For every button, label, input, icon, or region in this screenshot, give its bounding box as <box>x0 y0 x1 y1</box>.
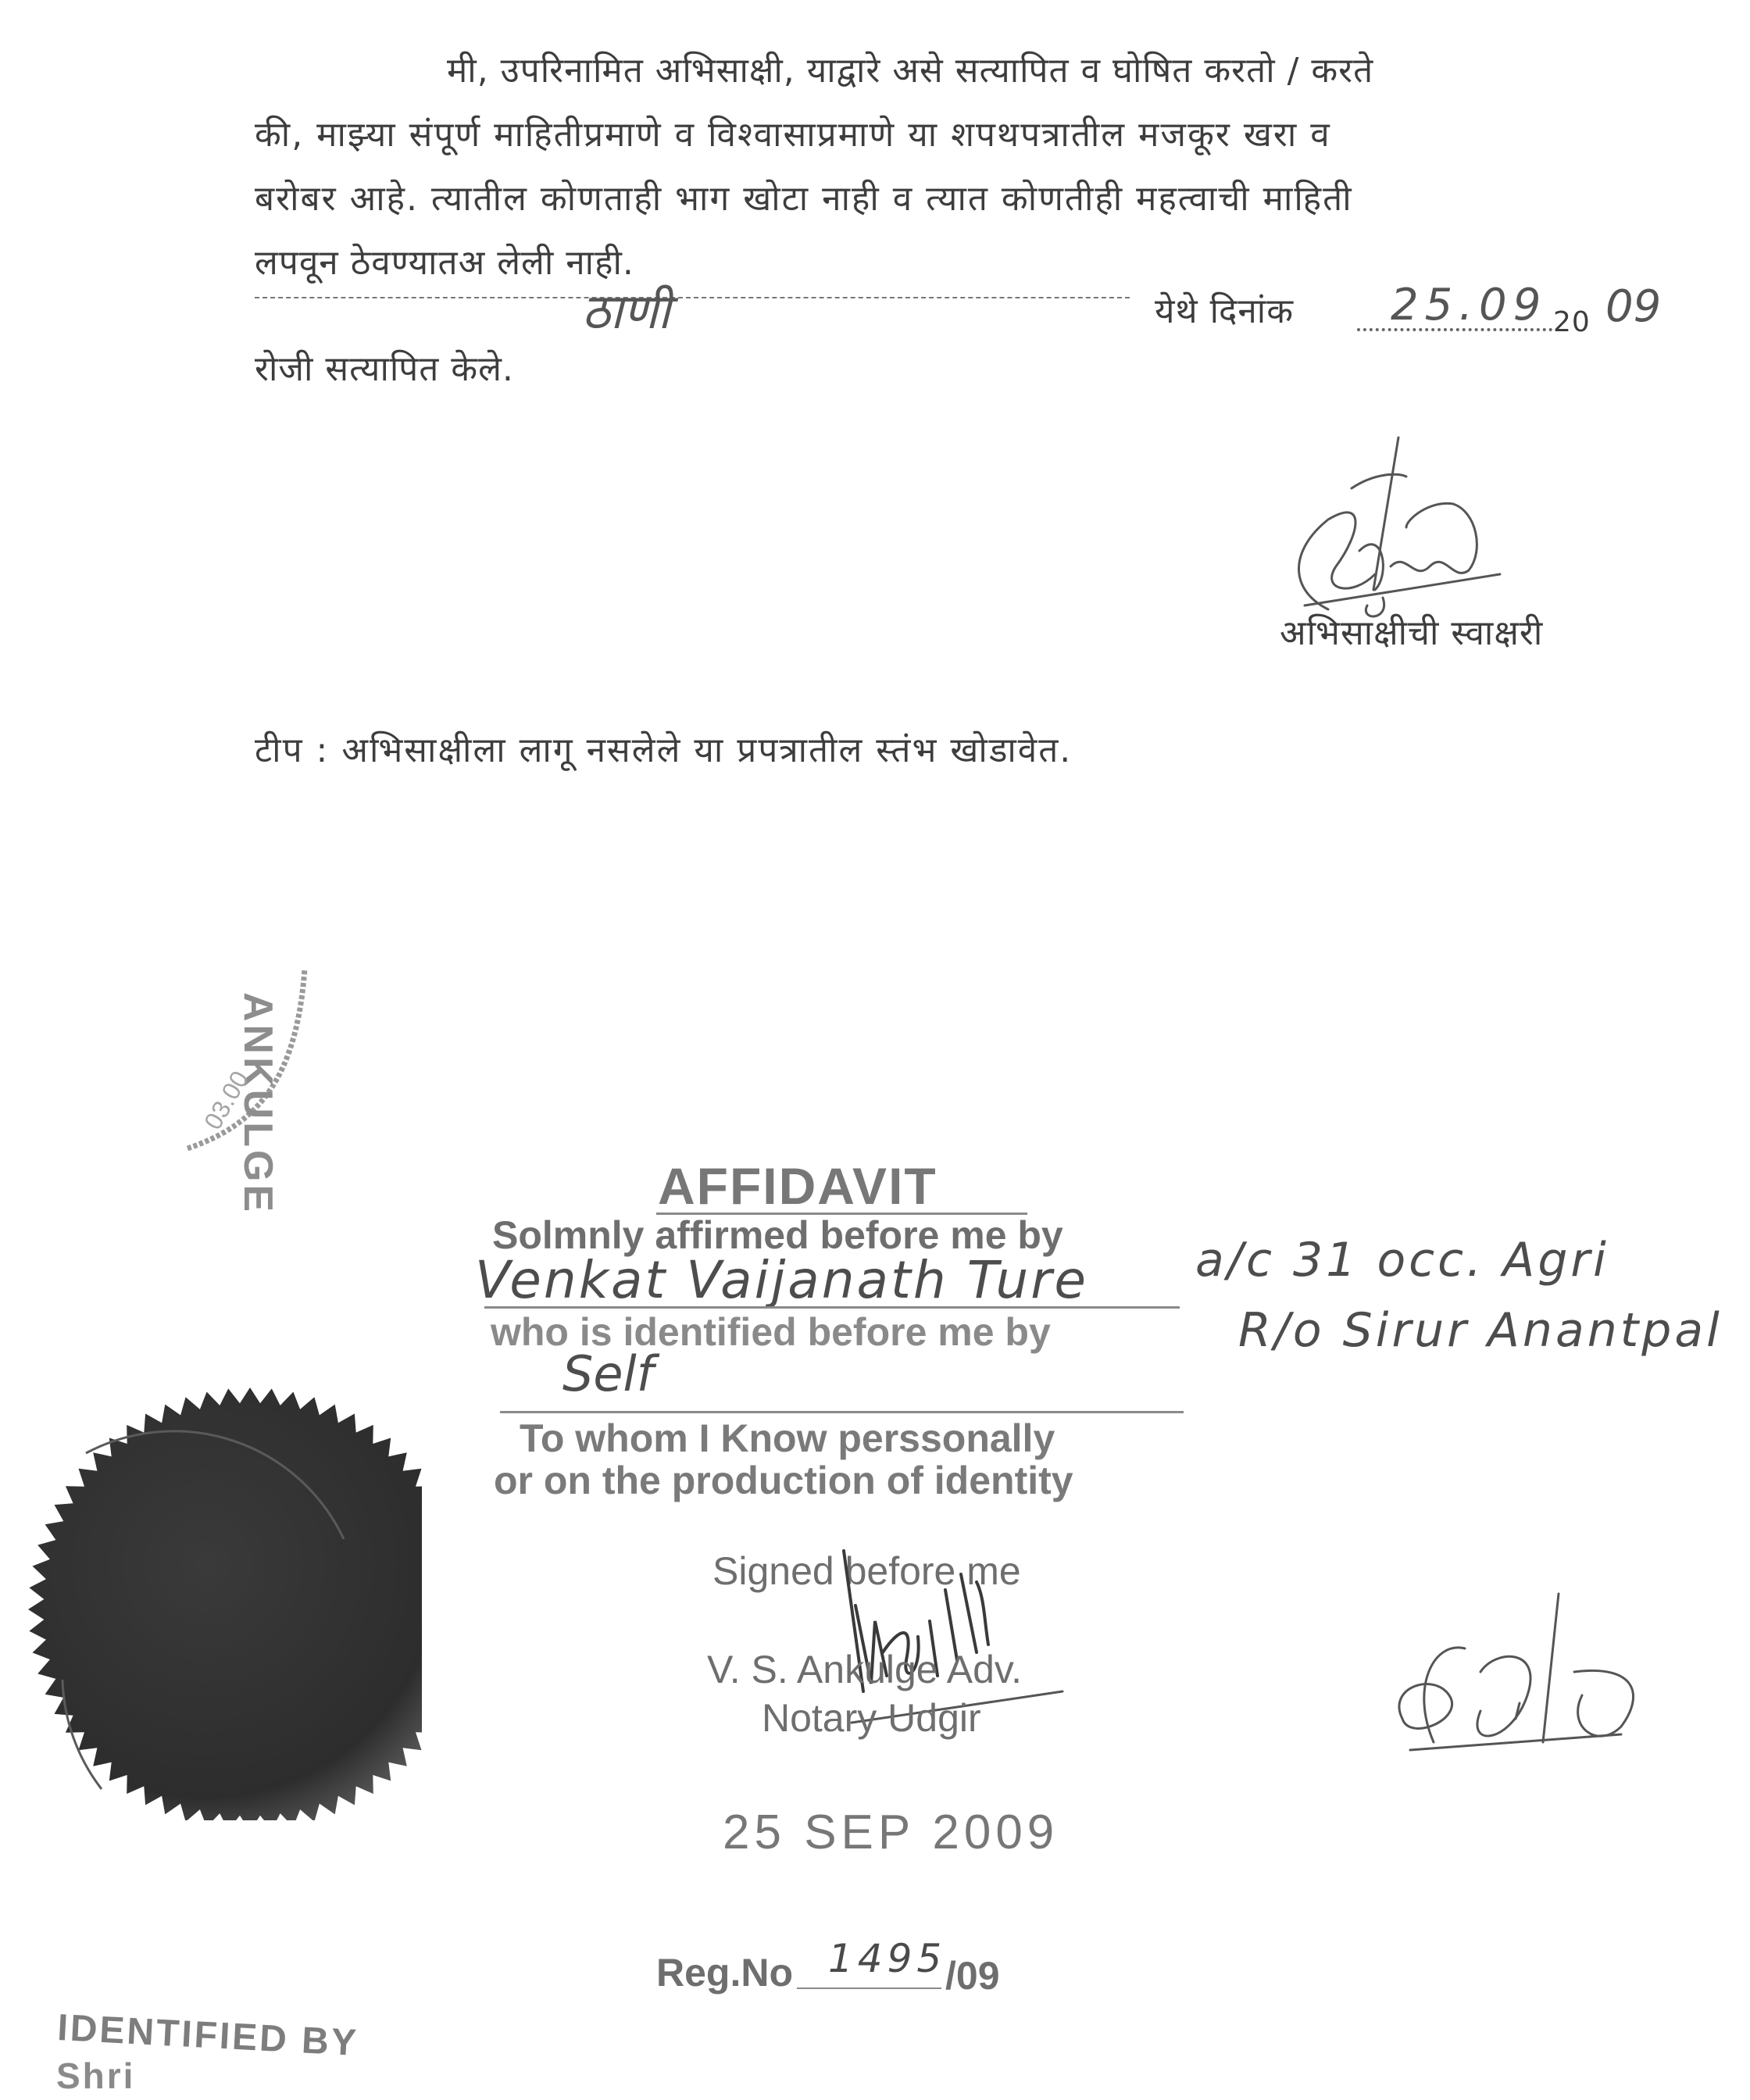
place-handwritten: ठाणी <box>582 277 670 343</box>
declaration-line-4: लपवून ठेवण्यातअ लेली नाही. <box>255 237 634 284</box>
deponent-signature-2 <box>1387 1586 1645 1758</box>
place-blank-line <box>255 297 1130 298</box>
notary-title: Notary Udgir <box>762 1695 981 1741</box>
declaration-line-3: बरोबर आहे. त्यातील कोणताही भाग खोटा नाही… <box>255 173 1353 220</box>
reg-suffix: /09 <box>945 1953 1000 1998</box>
note-text: टीप : अभिसाक्षीला लागू नसलेले या प्रपत्र… <box>255 725 1072 772</box>
place-suffix: येथे दिनांक <box>1155 286 1294 333</box>
reg-number-line <box>797 1987 941 1989</box>
deponent-name-line <box>484 1306 1180 1309</box>
notary-date-stamp: 25 SEP 2009 <box>723 1805 1059 1860</box>
identified-by-line <box>500 1411 1184 1413</box>
affidavit-line-3: To whom I Know perssonally <box>520 1416 1055 1461</box>
declaration-line-1: मी, उपरिनामित अभिसाक्षी, याद्वारे असे सत… <box>447 45 1373 92</box>
identified-by-shri: Shri <box>56 2055 135 2097</box>
notary-seal <box>16 1352 422 1820</box>
deponent-signature <box>1281 434 1516 621</box>
year-prefix: 20 <box>1553 306 1591 338</box>
affidavit-line-4: or on the production of identity <box>494 1458 1073 1503</box>
deponent-details-2: R/o Sirur Anantpal <box>1238 1303 1723 1358</box>
verified-text: रोजी सत्यापित केले. <box>255 344 514 391</box>
date-handwritten: 25.09 <box>1391 280 1547 330</box>
identified-by-handwritten: Self <box>562 1345 654 1402</box>
deponent-signature-caption: अभिसाक्षीची स्वाक्षरी <box>1280 608 1543 655</box>
deponent-details-1: a/c 31 occ. Agri <box>1195 1233 1609 1287</box>
notary-name: V. S. Ankulge Adv. <box>707 1647 1022 1692</box>
partial-round-stamp: ANKULGE 03.00 <box>148 891 406 1156</box>
affidavit-title: AFFIDAVIT <box>658 1156 937 1216</box>
reg-number-handwritten: 1495 <box>828 1936 946 1981</box>
declaration-line-2: की, माझ्या संपूर्ण माहितीप्रमाणे व विश्व… <box>255 109 1331 156</box>
year-handwritten: 09 <box>1605 281 1661 332</box>
deponent-name-handwritten: Venkat Vaijanath Ture <box>475 1250 1088 1310</box>
reg-label: Reg.No <box>656 1950 793 1995</box>
